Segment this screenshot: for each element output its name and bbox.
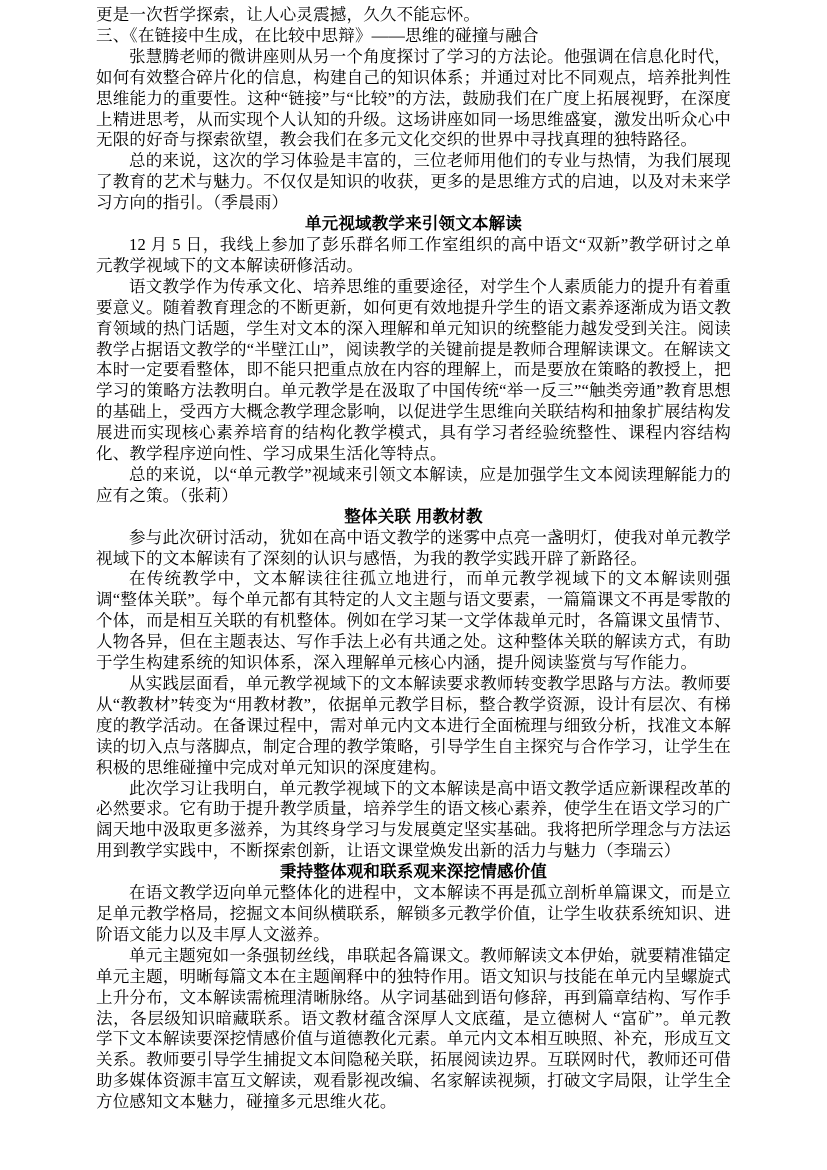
paragraph: 单元主题宛如一条强韧丝线，串联起各篇课文。教师解读文本伊始，就要精准锚定单元主题… [96, 946, 731, 1113]
paragraph: 张慧腾老师的微讲座则从另一个角度探讨了学习的方法论。他强调在信息化时代，如何有效… [96, 47, 731, 152]
paragraph: 在传统教学中，文本解读往往孤立地进行，而单元教学视域下的文本解读则强调“整体关联… [96, 569, 731, 674]
paragraph: 总的来说，以“单元教学”视域来引领文本解读，应是加强学生文本阅读理解能力的应有之… [96, 465, 731, 507]
section-heading-emotional-value: 秉持整体观和联系观来深挖情感价值 [96, 862, 731, 883]
section-heading-holistic-link: 整体关联 用教材教 [96, 507, 731, 528]
section-heading-unit-perspective: 单元视域教学来引领文本解读 [96, 214, 731, 235]
paragraph: 总的来说，这次的学习体验是丰富的，三位老师用他们的专业与热情，为我们展现了教育的… [96, 151, 731, 214]
paragraph: 语文教学作为传承文化、培养思维的重要途径，对学生个人素质能力的提升有着重要意义。… [96, 277, 731, 465]
paragraph-continuation: 更是一次哲学探索，让人心灵震撼，久久不能忘怀。 [96, 5, 731, 26]
paragraph: 此次学习让我明白，单元教学视域下的文本解读是高中语文教学适应新课程改革的必然要求… [96, 779, 731, 863]
paragraph: 在语文教学迈向单元整体化的进程中，文本解读不再是孤立剖析单篇课文，而是立足单元教… [96, 883, 731, 946]
document-page: 更是一次哲学探索，让人心灵震撼，久久不能忘怀。 三、《在链接中生成，在比较中思辩… [0, 0, 827, 1170]
document-body: 更是一次哲学探索，让人心灵震撼，久久不能忘怀。 三、《在链接中生成，在比较中思辩… [96, 5, 731, 1113]
paragraph: 从实践层面看，单元教学视域下的文本解读要求教师转变教学思路与方法。教师要从“教教… [96, 674, 731, 779]
paragraph: 12 月 5 日，我线上参加了彭乐群名师工作室组织的高中语文“双新”教学研讨之单… [96, 235, 731, 277]
paragraph: 参与此次研讨活动，犹如在高中语文教学的迷雾中点亮一盏明灯，使我对单元教学视域下的… [96, 528, 731, 570]
list-heading-line: 三、《在链接中生成，在比较中思辩》——思维的碰撞与融合 [96, 26, 731, 47]
